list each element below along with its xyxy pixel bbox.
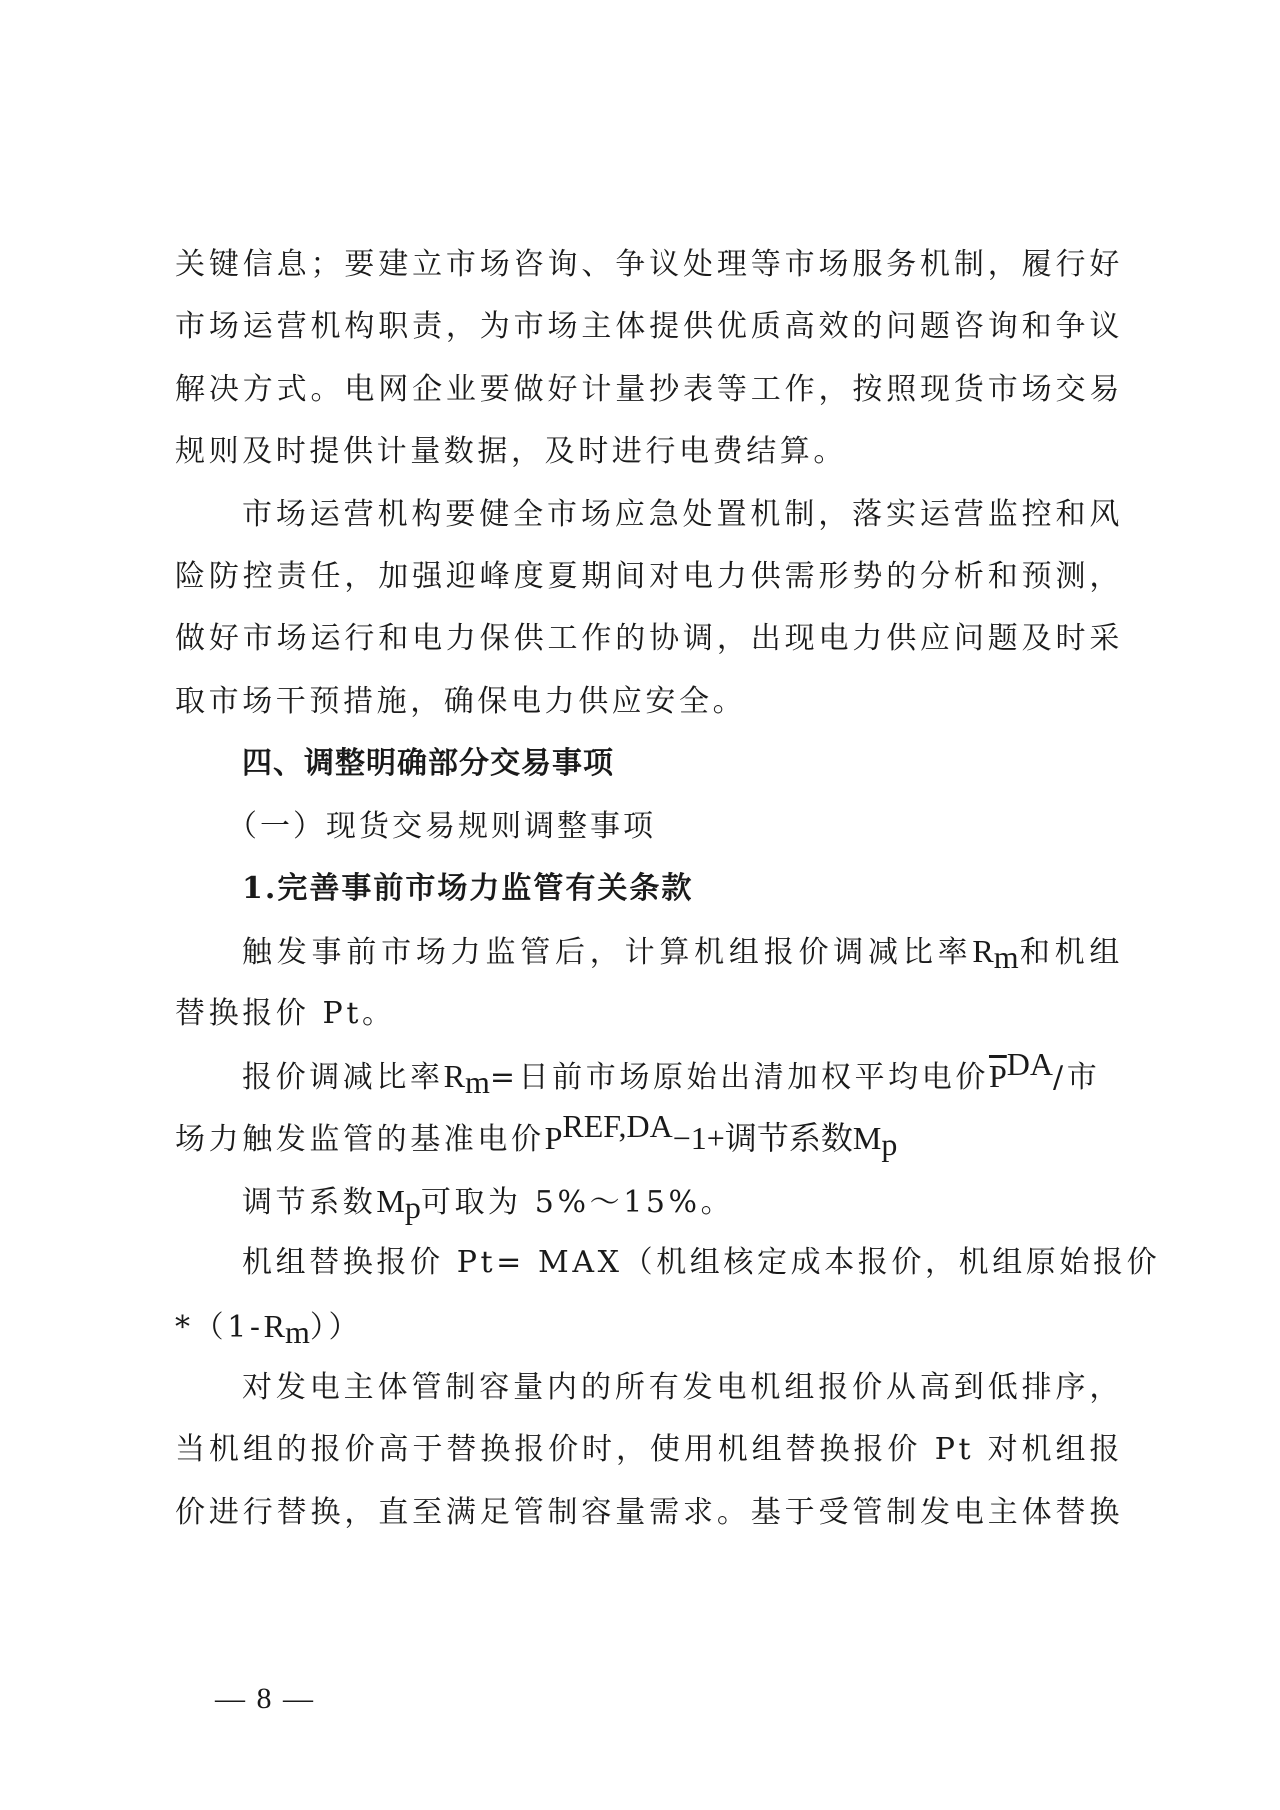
paragraph-line: 险防控责任，加强迎峰度夏期间对电力供需形势的分析和预测， — [175, 546, 1123, 608]
paragraph-line: 对发电主体管制容量内的所有发电机组报价从高到低排序， — [175, 1357, 1123, 1419]
formula-pt-line: 机组替换报价 Pt= MAX（机组核定成本报价，机组原始报价 — [175, 1232, 1123, 1294]
text-run: −1+调节系数 — [673, 1120, 853, 1156]
item-heading: 1.完善事前市场力监管有关条款 — [175, 858, 1123, 920]
text-run: 调节系数 — [242, 1185, 376, 1220]
paragraph-line: 解决方式。电网企业要做好计量抄表等工作，按照现货市场交易 — [175, 359, 1123, 421]
text-run: =日前市场原始出清加权平均电价 — [490, 1060, 989, 1095]
math-subscript: m — [285, 1314, 310, 1350]
text-run: 场力触发监管的基准电价 — [175, 1122, 545, 1157]
text-run: *（1- — [175, 1310, 264, 1345]
formula-pt-line: *（1-Rm）） — [175, 1295, 1123, 1357]
math-subscript: m — [465, 1064, 490, 1100]
document-body: 关键信息；要建立市场咨询、争议处理等市场服务机制，履行好 市场运营机构职责，为市… — [175, 234, 1123, 1544]
math-subscript: p — [881, 1126, 897, 1162]
text-run: ）） — [310, 1310, 362, 1345]
math-symbol-R: R — [264, 1308, 285, 1344]
subsection-heading: （一）现货交易规则调整事项 — [175, 796, 1123, 858]
coefficient-line: 调节系数Mp可取为 5%～15%。 — [175, 1170, 1123, 1232]
text-run: 报价调减比率 — [242, 1060, 444, 1095]
text-run: 触发事前市场力监管后，计算机组报价调减比率 — [242, 935, 972, 970]
math-symbol-R: R — [972, 933, 993, 969]
paragraph-line: 当机组的报价高于替换报价时，使用机组替换报价 Pt 对机组报 — [175, 1419, 1123, 1481]
paragraph-line: 做好市场运行和电力保供工作的协调，出现电力供应问题及时采 — [175, 608, 1123, 670]
paragraph-line: 市场运营机构职责，为市场主体提供优质高效的问题咨询和争议 — [175, 296, 1123, 358]
page-number: — 8 — — [215, 1682, 315, 1716]
text-run: 和机组 — [1019, 935, 1123, 970]
text-run: 可取为 5%～15%。 — [421, 1185, 734, 1220]
formula-rm-line: 报价调减比率Rm=日前市场原始出清加权平均电价PDA/市 — [175, 1045, 1123, 1107]
paragraph-line: 关键信息；要建立市场咨询、争议处理等市场服务机制，履行好 — [175, 234, 1123, 296]
paragraph-line: 取市场干预措施，确保电力供应安全。 — [175, 671, 1123, 733]
math-subscript: m — [994, 939, 1019, 975]
rule-intro-line: 替换报价 Pt。 — [175, 983, 1123, 1045]
math-symbol-M: M — [376, 1183, 404, 1219]
text-run: /市 — [1053, 1060, 1100, 1095]
paragraph-line: 市场运营机构要健全市场应急处置机制，落实运营监控和风 — [175, 484, 1123, 546]
paragraph-line: 价进行替换，直至满足管制容量需求。基于受管制发电主体替换 — [175, 1482, 1123, 1544]
math-symbol-P-bar: P — [989, 1058, 1007, 1094]
math-superscript: REF,DA — [562, 1108, 672, 1144]
math-symbol-R: R — [444, 1058, 465, 1094]
document-page: 关键信息；要建立市场咨询、争议处理等市场服务机制，履行好 市场运营机构职责，为市… — [0, 0, 1280, 1810]
section-heading: 四、调整明确部分交易事项 — [175, 733, 1123, 795]
formula-rm-line: 场力触发监管的基准电价PREF,DA−1+调节系数Mp — [175, 1107, 1123, 1169]
math-symbol-P: P — [545, 1120, 563, 1156]
math-symbol-M: M — [853, 1120, 881, 1156]
math-subscript: p — [405, 1189, 421, 1225]
paragraph-line: 规则及时提供计量数据，及时进行电费结算。 — [175, 421, 1123, 483]
rule-intro-line: 触发事前市场力监管后，计算机组报价调减比率Rm和机组 — [175, 920, 1123, 982]
math-superscript: DA — [1007, 1046, 1053, 1082]
